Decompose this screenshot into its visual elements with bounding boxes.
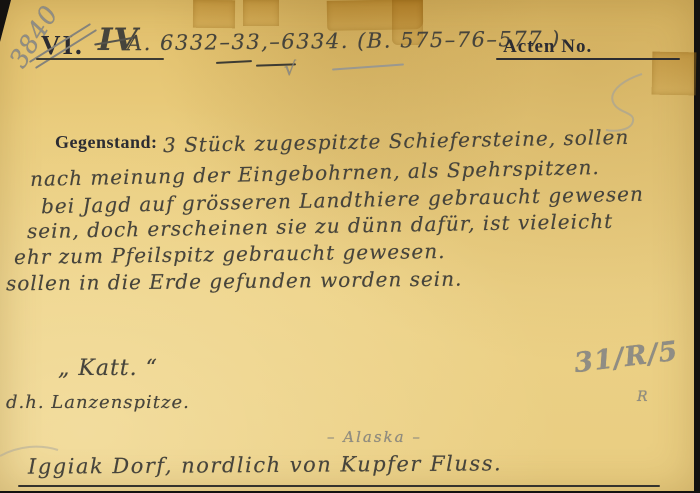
subject-line: sollen in die Erde gefunden worden sein.	[6, 267, 463, 296]
region-alaska: – Alaska –	[327, 428, 422, 446]
acten-no-label: Acten No.	[503, 36, 592, 58]
object-number-entry: A. 6332–33,–6334. (B. 575–76–577.)	[127, 27, 561, 56]
tape-mark	[193, 0, 235, 28]
provenance-underline	[18, 485, 660, 487]
printed-section-roman: VI.	[41, 30, 84, 61]
tape-mark	[243, 0, 279, 26]
pencil-checkmark: √	[284, 58, 297, 80]
translation-lanzenspitze: d.h. Lanzenspitze.	[6, 392, 190, 413]
native-name-katt: „ Katt. “	[58, 356, 158, 381]
gegenstand-label: Gegenstand:	[55, 132, 158, 153]
scanned-archive-card: 3840 VI. IV A. 6332–33,–6334. (B. 575–76…	[0, 0, 700, 493]
acten-no-underline	[496, 58, 680, 60]
pencil-reference-sub: R	[637, 389, 649, 405]
pencil-arc	[0, 438, 60, 460]
provenance-line: Iggiak Dorf, nordlich von Kupfer Fluss.	[28, 451, 502, 478]
header-underline	[36, 58, 164, 60]
